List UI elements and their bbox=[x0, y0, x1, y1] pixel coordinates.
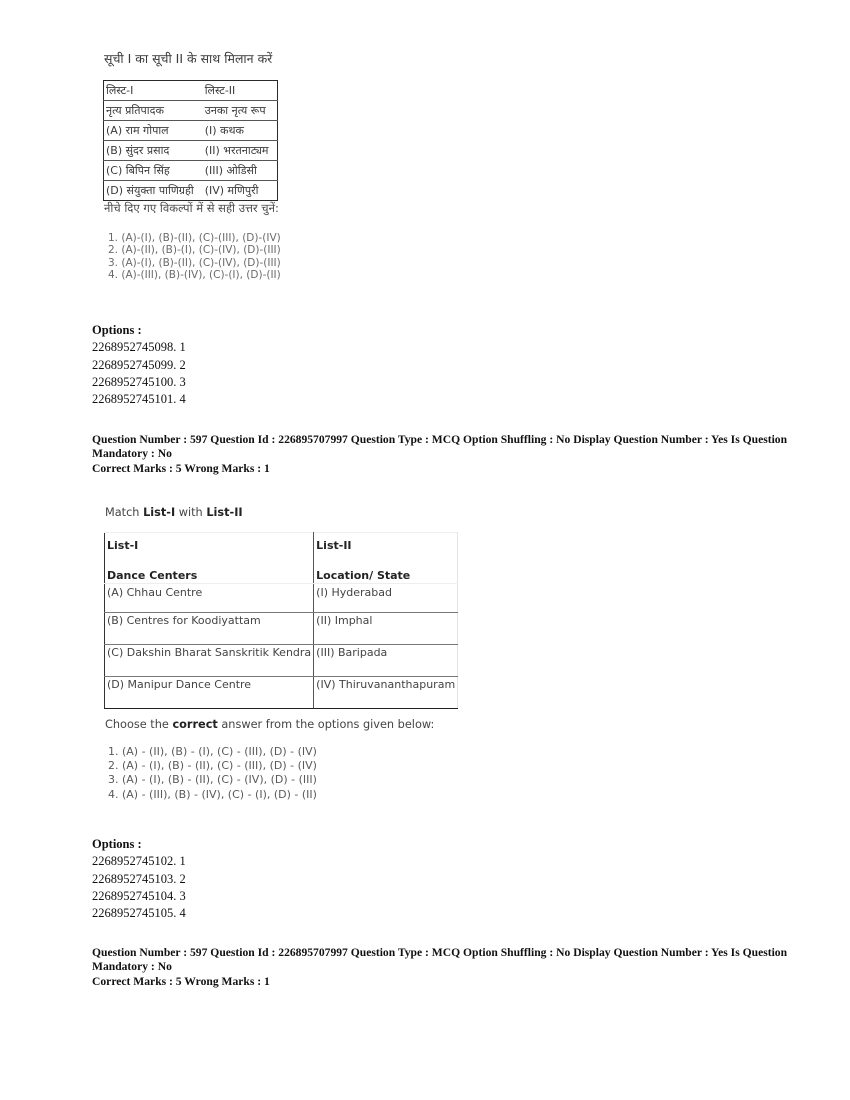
options-block-a: Options : 2268952745098. 1 2268952745099… bbox=[92, 322, 186, 408]
choice-item: 3. (A) - (I), (B) - (II), (C) - (IV), (D… bbox=[108, 773, 317, 787]
table-header-row: लिस्ट-I लिस्ट-II bbox=[104, 81, 278, 101]
hindi-choice-list: 1. (A)-(I), (B)-(II), (C)-(III), (D)-(IV… bbox=[108, 232, 281, 281]
table-cell: (I) Hyderabad bbox=[314, 584, 458, 613]
table-header-list2: लिस्ट-II bbox=[205, 81, 278, 101]
table-row: (B) Centres for Koodiyattam (II) Imphal bbox=[105, 613, 458, 645]
table-cell: (C) बिपिन सिंह bbox=[104, 161, 205, 181]
table-header-list2: List-II bbox=[314, 533, 458, 570]
table-row: (C) Dakshin Bharat Sanskritik Kendra (II… bbox=[105, 645, 458, 677]
hindi-question-title: सूची I का सूची II के साथ मिलान करें bbox=[104, 50, 272, 67]
english-instruction: Choose the correct answer from the optio… bbox=[105, 718, 434, 731]
hindi-match-table: लिस्ट-I लिस्ट-II नृत्य प्रतिपादक उनका नृ… bbox=[103, 80, 278, 201]
table-subheader-row: नृत्य प्रतिपादक उनका नृत्य रूप bbox=[104, 101, 278, 121]
option-id: 2268952745098. 1 bbox=[92, 339, 186, 356]
options-label: Options : bbox=[92, 836, 186, 853]
table-row: (D) Manipur Dance Centre (IV) Thiruvanan… bbox=[105, 677, 458, 709]
choice-item: 4. (A)-(III), (B)-(IV), (C)-(I), (D)-(II… bbox=[108, 269, 281, 281]
question-meta-1: Question Number : 597 Question Id : 2268… bbox=[92, 433, 792, 476]
table-cell: (III) ओडिसी bbox=[205, 161, 278, 181]
table-row: (A) राम गोपाल (I) कथक bbox=[104, 121, 278, 141]
table-cell: (D) संयुक्ता पाणिग्रही bbox=[104, 181, 205, 201]
options-label: Options : bbox=[92, 322, 186, 339]
title-list1: List-I bbox=[143, 506, 175, 519]
hindi-instruction: नीचे दिए गए विकल्पों में से सही उत्तर चु… bbox=[104, 201, 279, 216]
choice-item: 2. (A)-(II), (B)-(I), (C)-(IV), (D)-(III… bbox=[108, 244, 281, 256]
option-id: 2268952745100. 3 bbox=[92, 374, 186, 391]
table-cell: (C) Dakshin Bharat Sanskritik Kendra bbox=[105, 645, 314, 677]
table-cell: (IV) Thiruvananthapuram bbox=[314, 677, 458, 709]
option-id: 2268952745103. 2 bbox=[92, 871, 186, 888]
table-row: (A) Chhau Centre (I) Hyderabad bbox=[105, 584, 458, 613]
english-choice-list: 1. (A) - (II), (B) - (I), (C) - (III), (… bbox=[108, 745, 317, 802]
table-cell: (B) सुंदर प्रसाद bbox=[104, 141, 205, 161]
instruction-bold: correct bbox=[172, 718, 217, 731]
table-cell: (II) Imphal bbox=[314, 613, 458, 645]
question-marks: Correct Marks : 5 Wrong Marks : 1 bbox=[92, 975, 792, 989]
table-cell: (II) भरतनाट्यम bbox=[205, 141, 278, 161]
title-text: Match bbox=[105, 506, 143, 519]
question-meta-line: Question Number : 597 Question Id : 2268… bbox=[92, 433, 792, 460]
table-cell: (B) Centres for Koodiyattam bbox=[105, 613, 314, 645]
question-meta-2: Question Number : 597 Question Id : 2268… bbox=[92, 946, 792, 989]
table-header-list1: लिस्ट-I bbox=[104, 81, 205, 101]
table-subheader-list1: नृत्य प्रतिपादक bbox=[104, 101, 205, 121]
table-header-row: List-I List-II bbox=[105, 533, 458, 570]
question-marks: Correct Marks : 5 Wrong Marks : 1 bbox=[92, 462, 792, 476]
choice-item: 1. (A) - (II), (B) - (I), (C) - (III), (… bbox=[108, 745, 317, 759]
option-id: 2268952745104. 3 bbox=[92, 888, 186, 905]
title-list2: List-II bbox=[206, 506, 242, 519]
table-row: (C) बिपिन सिंह (III) ओडिसी bbox=[104, 161, 278, 181]
table-header-list1: List-I bbox=[105, 533, 314, 570]
choice-item: 2. (A) - (I), (B) - (II), (C) - (III), (… bbox=[108, 759, 317, 773]
table-cell: (D) Manipur Dance Centre bbox=[105, 677, 314, 709]
table-cell: (I) कथक bbox=[205, 121, 278, 141]
title-text: with bbox=[175, 506, 206, 519]
option-id: 2268952745099. 2 bbox=[92, 357, 186, 374]
option-id: 2268952745102. 1 bbox=[92, 853, 186, 870]
table-cell: (A) राम गोपाल bbox=[104, 121, 205, 141]
choice-item: 4. (A) - (III), (B) - (IV), (C) - (I), (… bbox=[108, 788, 317, 802]
choice-item: 3. (A)-(I), (B)-(II), (C)-(IV), (D)-(III… bbox=[108, 257, 281, 269]
table-subheader-list1: Dance Centers bbox=[105, 569, 314, 584]
table-cell: (IV) मणिपुरी bbox=[205, 181, 278, 201]
table-subheader-list2: Location/ State bbox=[314, 569, 458, 584]
table-subheader-row: Dance Centers Location/ State bbox=[105, 569, 458, 584]
instruction-text: Choose the bbox=[105, 718, 172, 731]
table-cell: (III) Baripada bbox=[314, 645, 458, 677]
question-meta-line: Question Number : 597 Question Id : 2268… bbox=[92, 946, 792, 973]
option-id: 2268952745101. 4 bbox=[92, 391, 186, 408]
table-subheader-list2: उनका नृत्य रूप bbox=[205, 101, 278, 121]
table-row: (D) संयुक्ता पाणिग्रही (IV) मणिपुरी bbox=[104, 181, 278, 201]
options-block-b: Options : 2268952745102. 1 2268952745103… bbox=[92, 836, 186, 922]
instruction-text: answer from the options given below: bbox=[218, 718, 435, 731]
choice-item: 1. (A)-(I), (B)-(II), (C)-(III), (D)-(IV… bbox=[108, 232, 281, 244]
table-cell: (A) Chhau Centre bbox=[105, 584, 314, 613]
option-id: 2268952745105. 4 bbox=[92, 905, 186, 922]
english-question-title: Match List-I with List-II bbox=[105, 506, 243, 519]
table-row: (B) सुंदर प्रसाद (II) भरतनाट्यम bbox=[104, 141, 278, 161]
english-match-table: List-I List-II Dance Centers Location/ S… bbox=[104, 532, 458, 709]
